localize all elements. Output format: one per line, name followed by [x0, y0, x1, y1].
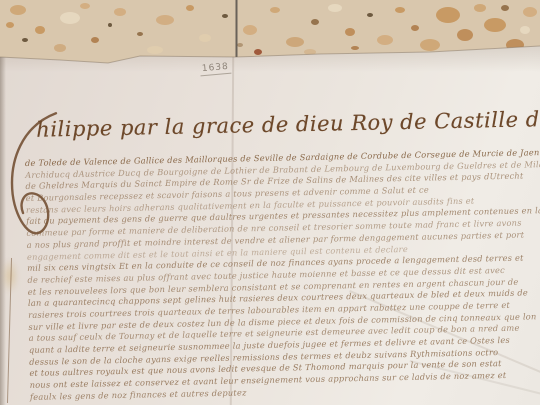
photo-of-manuscript-on-floor: 1638 hilippe par la grace de dieu Roy de… [0, 0, 540, 405]
manuscript-body: de Tolede de Valence de Gallice des Mail… [25, 145, 540, 403]
manuscript-text-block: hilippe par la grace de dieu Roy de Cast… [22, 104, 540, 116]
pencil-year-note: 1638 [200, 62, 232, 77]
tile-groove-line [236, 0, 238, 60]
manuscript-header-line: hilippe par la grace de dieu Roy de Cast… [36, 106, 540, 142]
